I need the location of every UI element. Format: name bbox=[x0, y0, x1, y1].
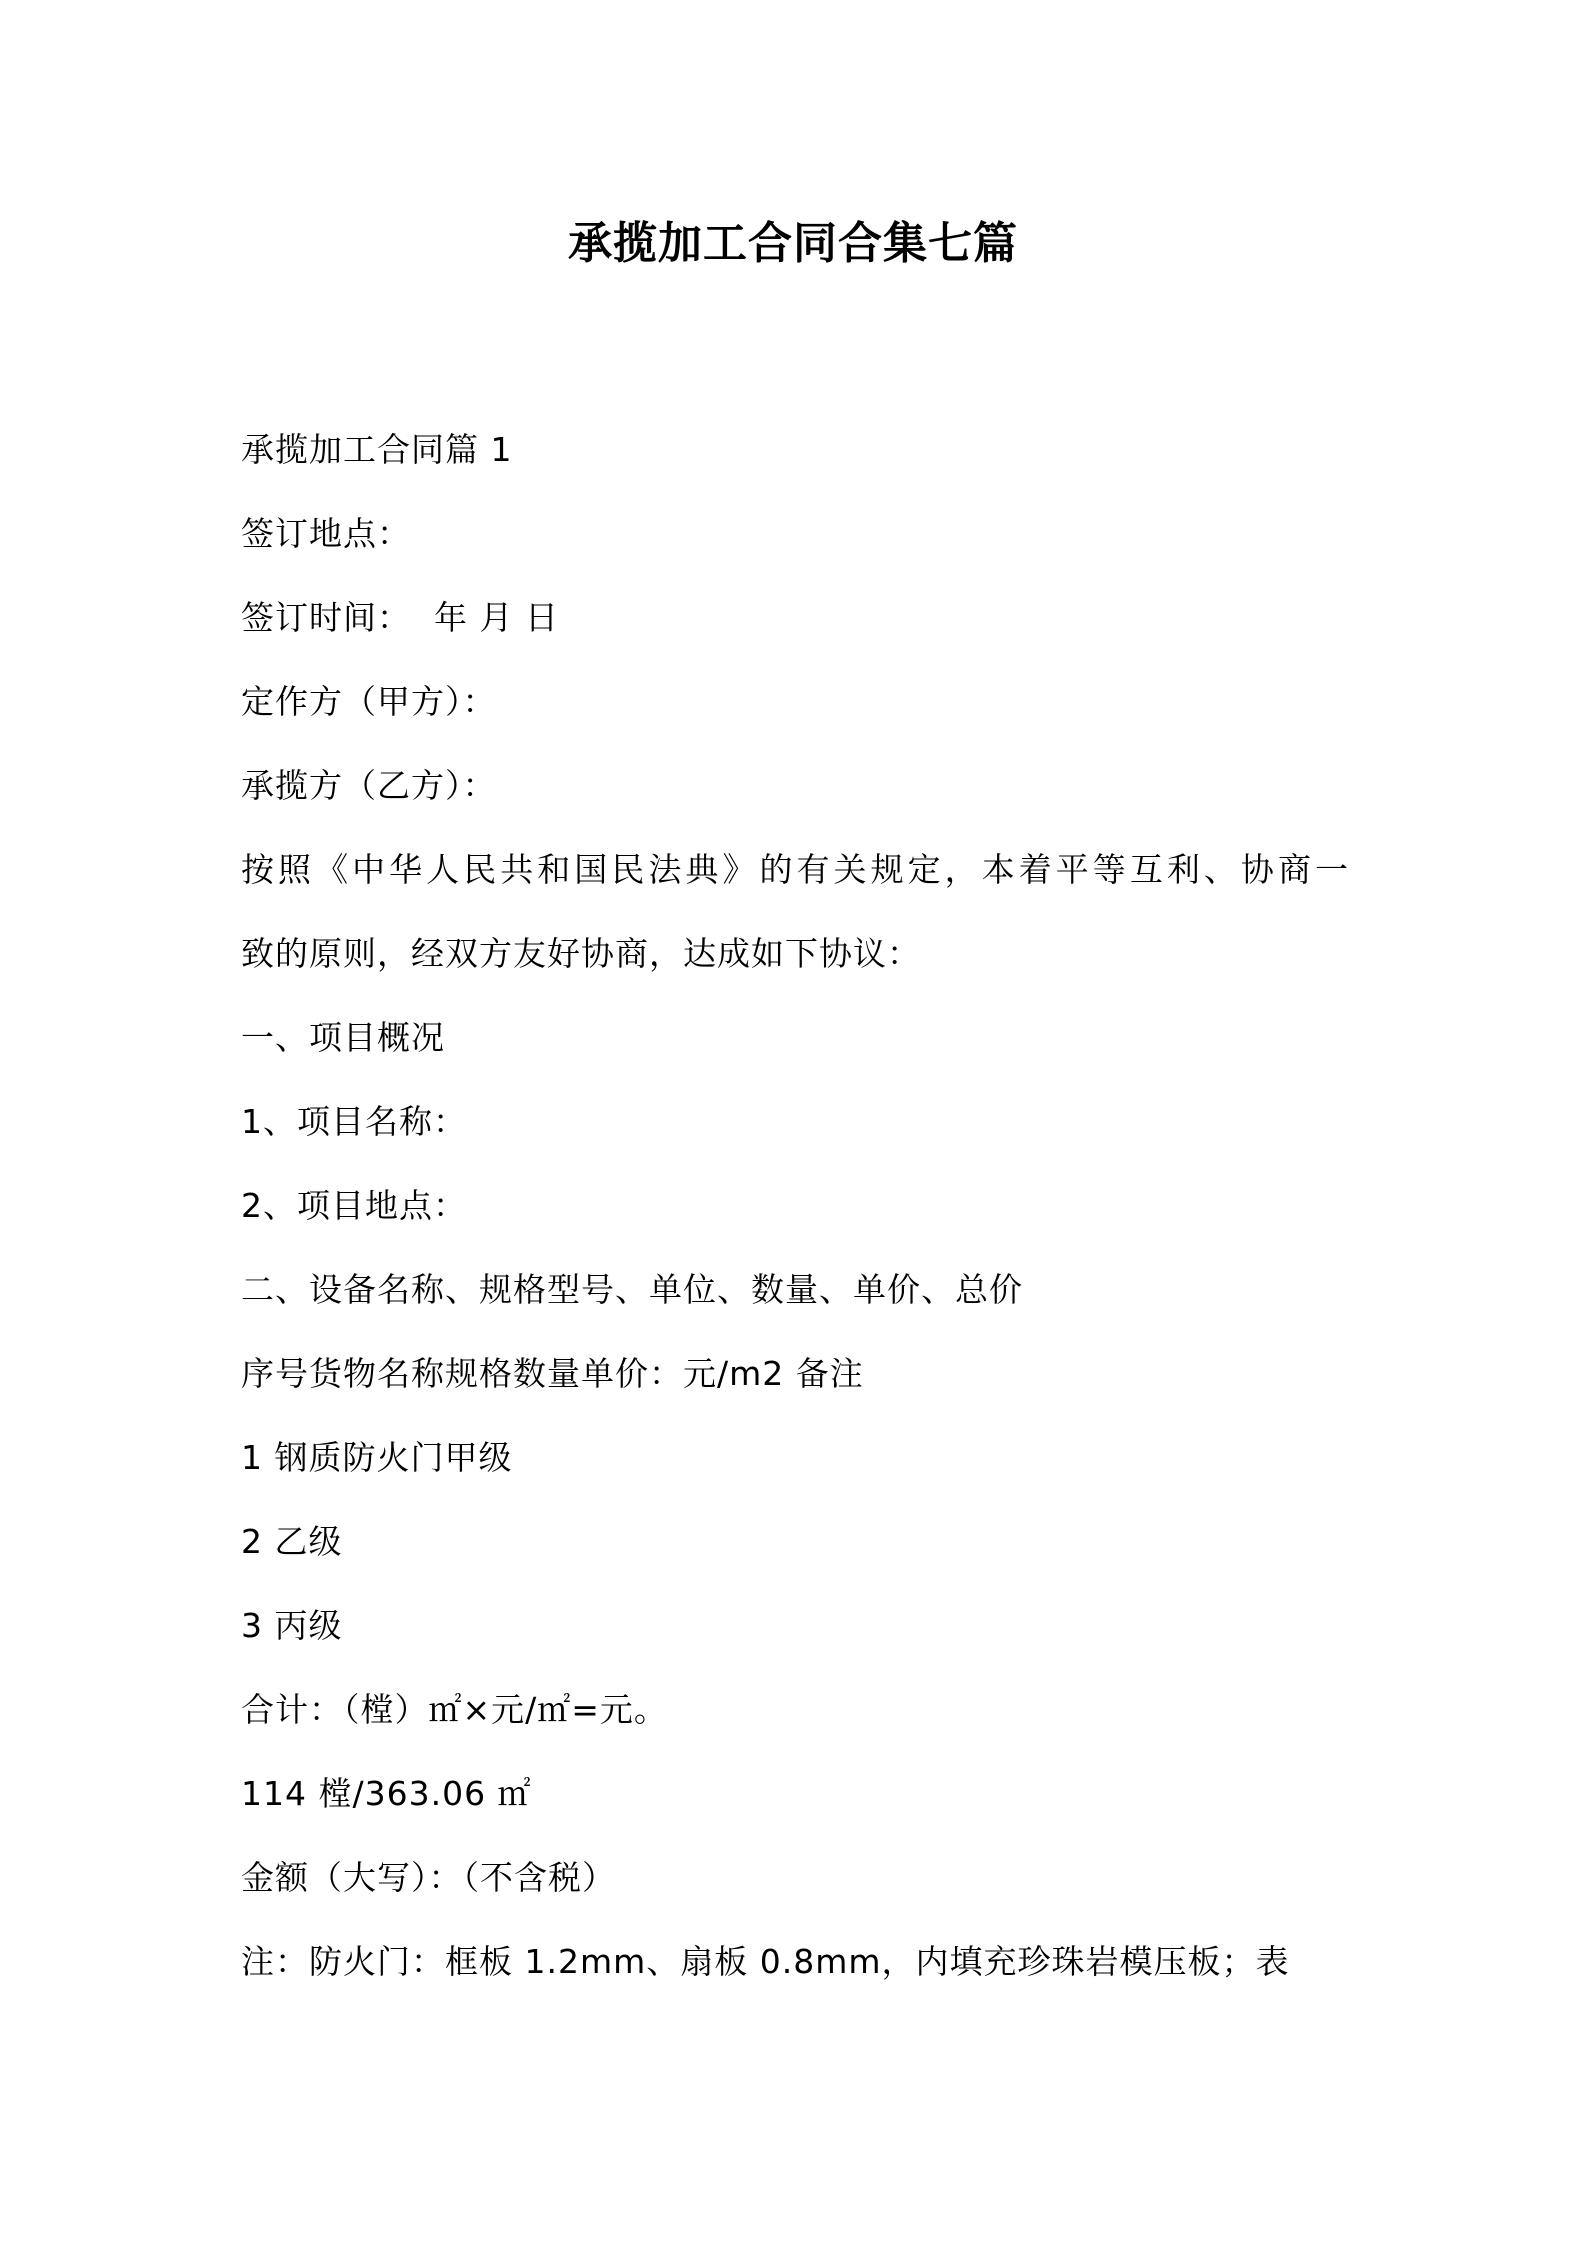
project-name-field: 1、项目名称： bbox=[241, 1080, 1349, 1164]
preamble-paragraph-line-2: 致的原则，经双方友好协商，达成如下协议： bbox=[241, 912, 1349, 996]
signing-date-field: 签订时间： 年 月 日 bbox=[241, 576, 1349, 660]
signing-place-field: 签订地点： bbox=[241, 492, 1349, 576]
total-formula-line: 合计：（樘）㎡×元/㎡=元。 bbox=[241, 1668, 1349, 1752]
party-a-field: 定作方（甲方）： bbox=[241, 660, 1349, 744]
document-title: 承揽加工合同合集七篇 bbox=[0, 214, 1586, 274]
project-location-field: 2、项目地点： bbox=[241, 1164, 1349, 1248]
clause-heading-equipment: 二、设备名称、规格型号、单位、数量、单价、总价 bbox=[241, 1248, 1349, 1332]
total-quantity-line: 114 樘/363.06 ㎡ bbox=[241, 1752, 1349, 1836]
document-body: 承揽加工合同篇 1 签订地点： 签订时间： 年 月 日 定作方（甲方）： 承揽方… bbox=[241, 408, 1349, 2004]
table-row: 2 乙级 bbox=[241, 1500, 1349, 1584]
table-row: 3 丙级 bbox=[241, 1584, 1349, 1668]
amount-in-words-field: 金额（大写）：（不含税） bbox=[241, 1836, 1349, 1920]
document-page: 承揽加工合同合集七篇 承揽加工合同篇 1 签订地点： 签订时间： 年 月 日 定… bbox=[0, 0, 1586, 2244]
table-row: 1 钢质防火门甲级 bbox=[241, 1416, 1349, 1500]
section-heading: 承揽加工合同篇 1 bbox=[241, 408, 1349, 492]
table-header-line: 序号货物名称规格数量单价：元/m2 备注 bbox=[241, 1332, 1349, 1416]
preamble-paragraph-line-1: 按照《中华人民共和国民法典》的有关规定，本着平等互利、协商一 bbox=[241, 828, 1349, 912]
party-b-field: 承揽方（乙方）： bbox=[241, 744, 1349, 828]
clause-heading-project-overview: 一、项目概况 bbox=[241, 996, 1349, 1080]
note-line: 注：防火门：框板 1.2mm、扇板 0.8mm，内填充珍珠岩模压板；表 bbox=[241, 1920, 1349, 2004]
